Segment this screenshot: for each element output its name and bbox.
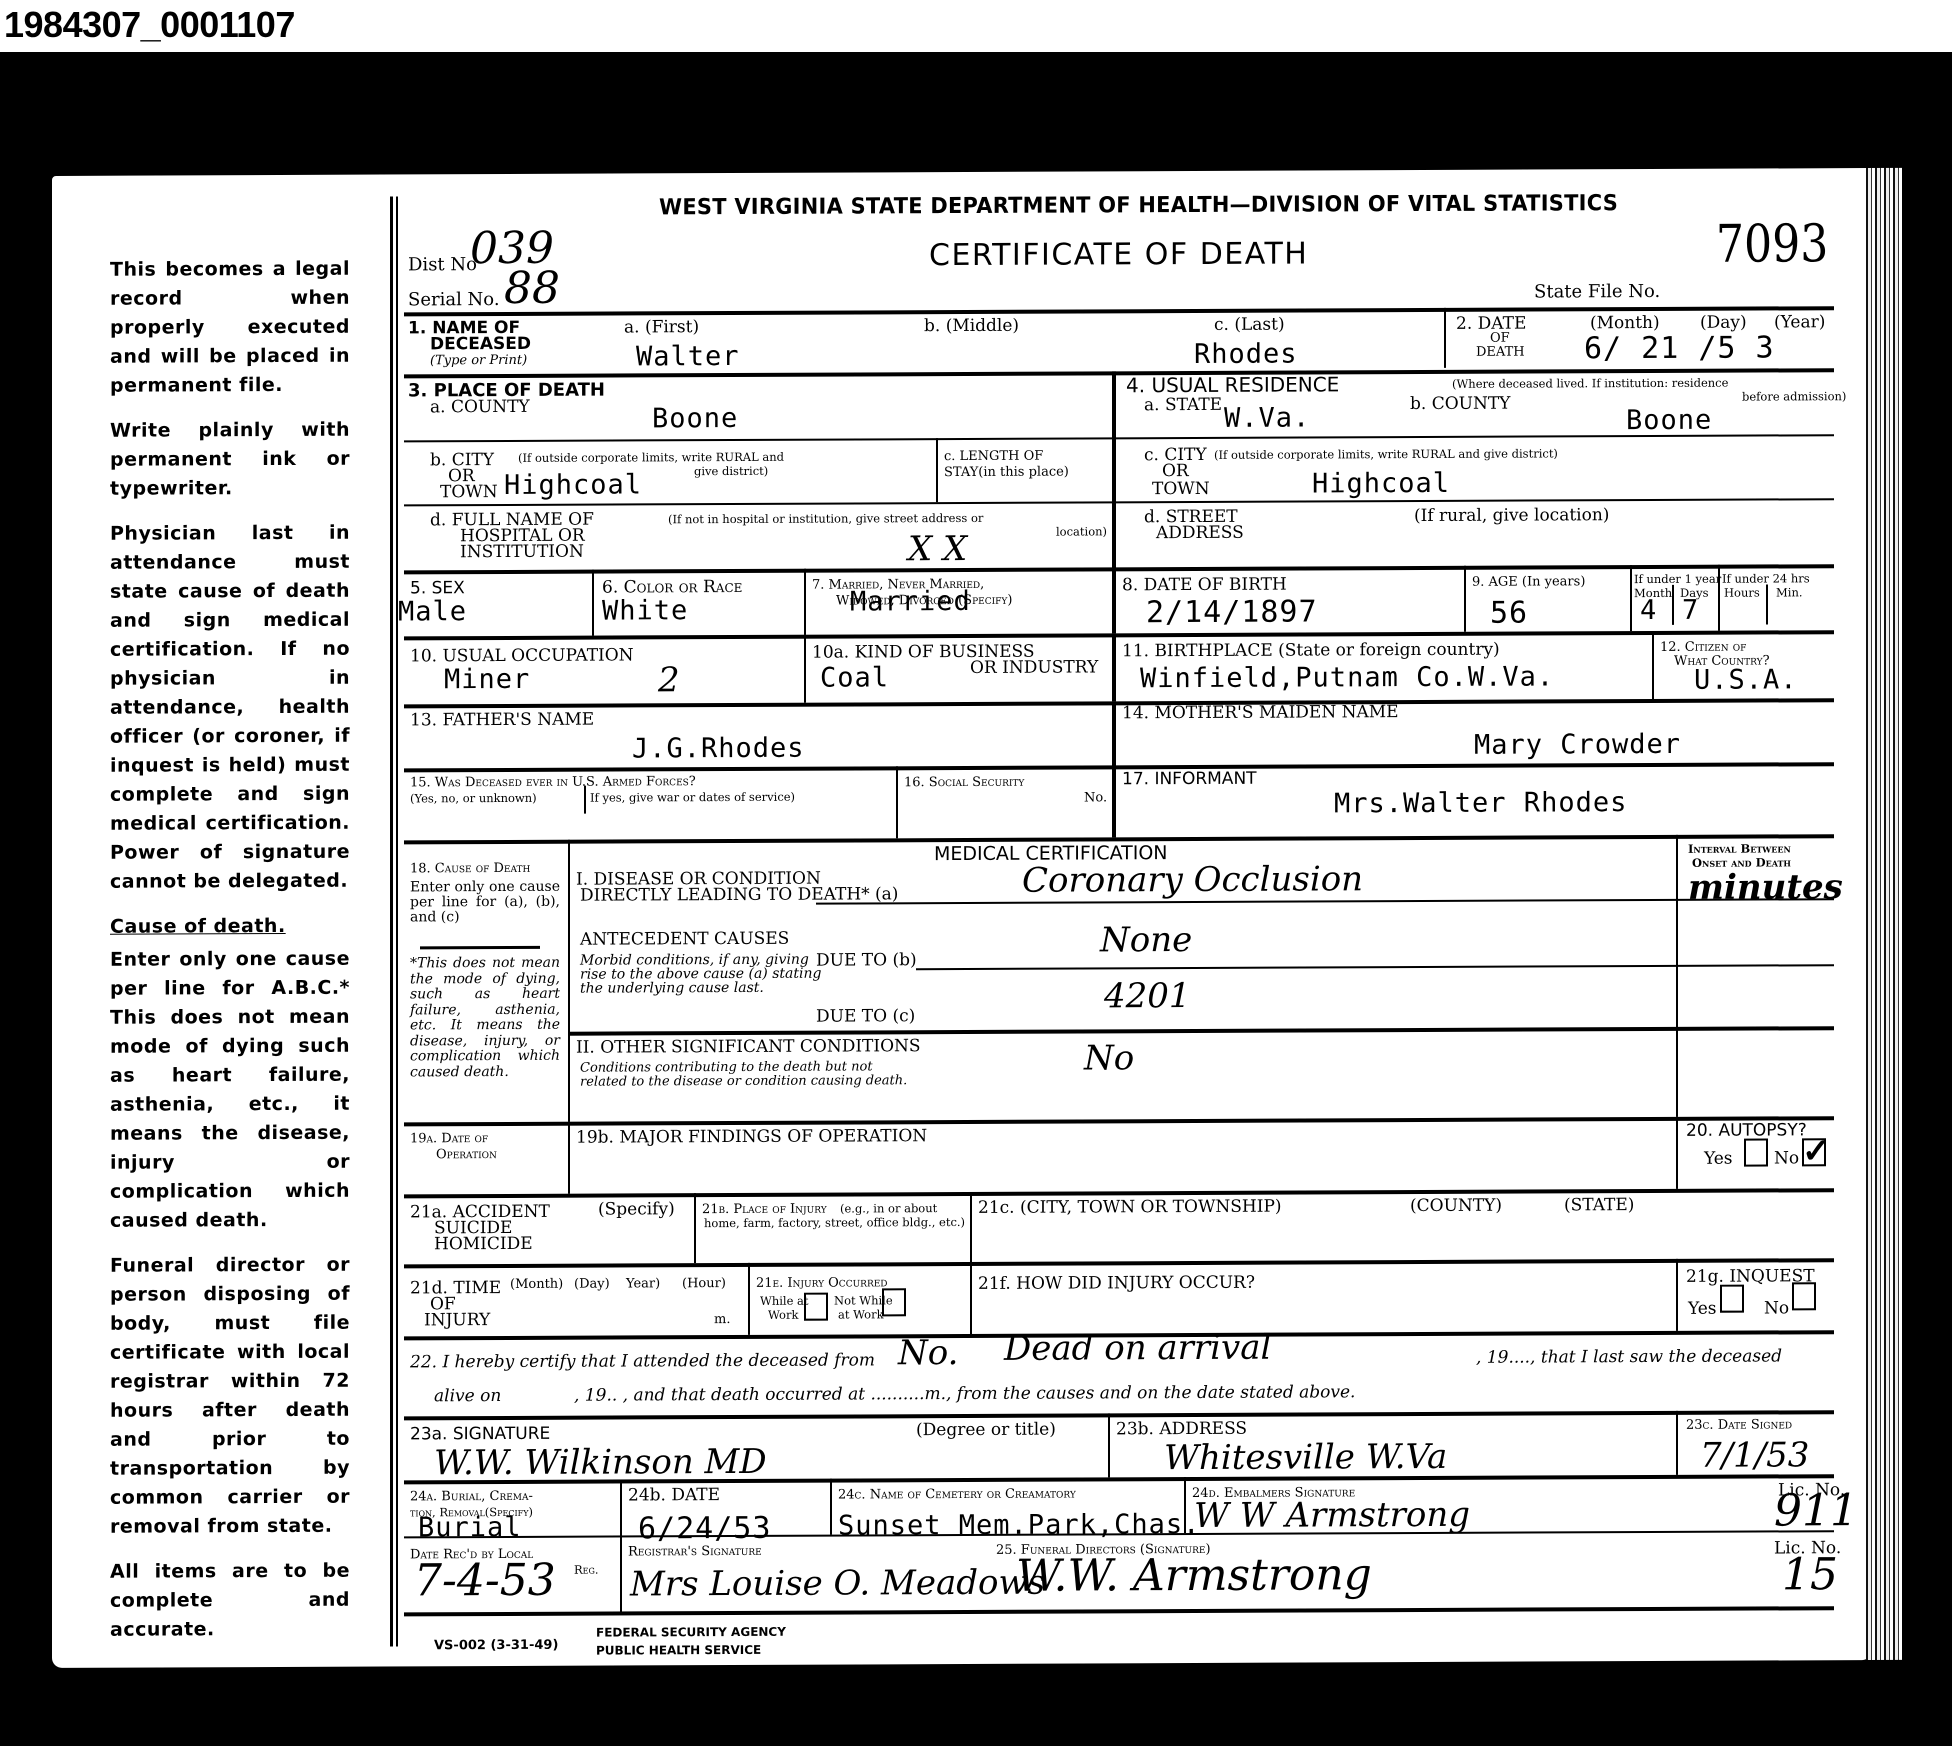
- check-icon: ✓: [1802, 1134, 1831, 1168]
- date-received-label-2: Reg.: [574, 1564, 599, 1576]
- death-year-label: (Year): [1774, 314, 1825, 331]
- death-certificate: This becomes a legal record when properl…: [52, 168, 1872, 1668]
- marital-value: Married: [850, 588, 971, 617]
- death-county-label: a. COUNTY: [430, 399, 530, 416]
- under-24-label: If under 24 hrs: [1722, 572, 1810, 584]
- injury-place-note-1: (e.g., in or about: [840, 1202, 937, 1214]
- operation-findings-label: 19b. MAJOR FINDINGS OF OPERATION: [576, 1128, 927, 1147]
- other-conditions-value: No: [1084, 1041, 1134, 1075]
- accident-label-3: HOMICIDE: [434, 1236, 533, 1253]
- certificate-form: WEST VIRGINIA STATE DEPARTMENT OF HEALTH…: [404, 188, 1834, 1634]
- item2-label-3: DEATH: [1476, 346, 1525, 360]
- certify-text-3: alive on: [434, 1388, 501, 1405]
- part2-text-2: related to the disease or condition caus…: [580, 1074, 907, 1089]
- document-id: 1984307_0001107: [4, 4, 295, 46]
- registrar-signature-label: Registrar's Signature: [628, 1545, 762, 1560]
- embalmer-lic-value: 911: [1774, 1494, 1858, 1528]
- res-city-value: Highcoal: [1312, 470, 1450, 499]
- serial-no-value: 88: [504, 272, 560, 306]
- embalmer-signature: W W Armstrong: [1194, 1498, 1470, 1533]
- while-work-checkbox[interactable]: [804, 1293, 828, 1321]
- cause-c-value: 4201: [1104, 979, 1191, 1013]
- certify-text-2: , 19...., that I last saw the deceased: [1476, 1348, 1782, 1366]
- degree-label: (Degree or title): [916, 1422, 1056, 1440]
- cause-b-value: None: [1100, 923, 1192, 957]
- interval-label-1: Interval Between: [1688, 842, 1791, 854]
- birthplace-label: 11. BIRTHPLACE (State or foreign country…: [1122, 642, 1500, 661]
- father-label: 13. FATHER'S NAME: [410, 712, 594, 730]
- dist-no-label: Dist No: [408, 256, 477, 273]
- death-day-label: (Day): [1700, 315, 1747, 332]
- footer-agency-2: PUBLIC HEALTH SERVICE: [596, 1643, 761, 1658]
- scan-header-bar: 1984307_0001107: [0, 0, 1952, 52]
- certify-text-1: 22. I hereby certify that I attended the…: [410, 1352, 875, 1371]
- hospital-label-3: INSTITUTION: [460, 544, 584, 562]
- age-min-label: Min.: [1776, 586, 1803, 598]
- age-days-value: 7: [1682, 597, 1699, 625]
- physician-address: Whitesville W.Va: [1164, 1440, 1447, 1475]
- injury-place-note-2: home, farm, factory, street, office bldg…: [704, 1216, 965, 1229]
- injury-city-label: 21c. (CITY, TOWN OR TOWNSHIP): [978, 1199, 1282, 1217]
- death-city-note-1: (If outside corporate limits, write RURA…: [518, 451, 784, 464]
- injury-time-label-3: INJURY: [424, 1312, 490, 1329]
- signature-label: 23a. SIGNATURE: [410, 1426, 550, 1444]
- death-county-value: Boone: [652, 405, 738, 433]
- death-city-label-3: TOWN: [440, 484, 498, 501]
- burial-date-value: 6/24/53: [638, 1515, 771, 1544]
- certificate-title: CERTIFICATE OF DEATH: [929, 236, 1308, 273]
- race-value: White: [602, 597, 688, 625]
- res-county-value: Boone: [1626, 407, 1712, 435]
- accident-specify-label: (Specify): [598, 1201, 675, 1218]
- autopsy-yes-checkbox[interactable]: [1744, 1138, 1768, 1166]
- operation-date-label-2: Operation: [436, 1148, 497, 1162]
- date-of-death-value: 6/ 21 /5 3: [1584, 334, 1775, 363]
- occupation-value: Miner: [444, 666, 530, 694]
- cause-a-value: Coronary Occlusion: [1022, 862, 1363, 897]
- street-label-2: ADDRESS: [1156, 525, 1244, 542]
- due-c-label: DUE TO (c): [816, 1008, 915, 1025]
- hospital-value: X X: [908, 532, 967, 566]
- injury-month-label: (Month): [510, 1278, 563, 1292]
- part2-label: II. OTHER SIGNIFICANT CONDITIONS: [576, 1038, 921, 1057]
- injury-m-label: m.: [714, 1313, 730, 1327]
- first-name-value: Walter: [636, 343, 740, 371]
- instruction-funeral-director: Funeral director or person disposing of …: [110, 1251, 350, 1542]
- registrar-signature: Mrs Louise O. Meadows: [630, 1566, 1045, 1602]
- physician-signature: W.W. Wilkinson MD: [434, 1445, 767, 1480]
- father-value: J.G.Rhodes: [632, 735, 805, 764]
- age-label: 9. AGE (In years): [1472, 575, 1585, 589]
- res-state-label: a. STATE: [1144, 397, 1222, 414]
- age-hours-label: Hours: [1724, 587, 1760, 599]
- armed-forces-note-2: If yes, give war or dates of service): [590, 791, 795, 804]
- item4-note-1: (Where deceased lived. If institution: r…: [1452, 377, 1728, 390]
- injury-county-label: (COUNTY): [1410, 1198, 1502, 1215]
- sex-label: 5. SEX: [410, 580, 465, 597]
- instruction-cause-heading: Cause of death.: [110, 912, 350, 942]
- death-city-value: Highcoal: [504, 471, 642, 500]
- funeral-lic-value: 15: [1782, 1558, 1838, 1592]
- informant-label: 17. INFORMANT: [1122, 771, 1257, 789]
- sex-value: Male: [398, 598, 467, 626]
- how-injury-label: 21f. HOW DID INJURY OCCUR?: [978, 1275, 1255, 1293]
- state-file-label: State File No.: [1534, 283, 1660, 301]
- ssn-label-2: No.: [1084, 791, 1107, 805]
- date-signed-value: 7/1/53: [1700, 1438, 1809, 1472]
- paper-stack-edge: [1866, 168, 1902, 1660]
- dob-value: 2/14/1897: [1146, 598, 1318, 627]
- occupation-mark: 2: [658, 663, 680, 697]
- res-city-label-3: TOWN: [1152, 481, 1210, 498]
- injury-year-label: Year): [626, 1277, 660, 1291]
- birthplace-value: Winfield,Putnam Co.W.Va.: [1140, 663, 1554, 693]
- instruction-physician: Physician last in attendance must state …: [110, 519, 350, 897]
- inquest-no-label: No: [1764, 1300, 1789, 1317]
- item1-label-2: DECEASED: [430, 336, 531, 353]
- instruction-cause-of-death: Enter only one cause per line for A.B.C.…: [110, 945, 350, 1236]
- item4-note-2: before admission): [1742, 390, 1846, 402]
- attended-to-value: Dead on arrival: [1004, 1331, 1271, 1366]
- agency-heading: WEST VIRGINIA STATE DEPARTMENT OF HEALTH…: [659, 191, 1618, 220]
- dob-label: 8. DATE OF BIRTH: [1122, 577, 1287, 595]
- instruction-write-plainly: Write plainly with permanent ink or type…: [110, 416, 350, 504]
- disposition-label-1: 24a. Burial, Crema-: [410, 1490, 533, 1505]
- length-of-stay-label-2: STAY(in this place): [944, 466, 1069, 481]
- autopsy-yes-label: Yes: [1704, 1151, 1733, 1168]
- antecedent-label: ANTECEDENT CAUSES: [580, 931, 789, 949]
- burial-date-label: 24b. DATE: [628, 1487, 720, 1504]
- item2-label-2: OF: [1490, 332, 1510, 346]
- street-note: (If rural, give location): [1414, 507, 1609, 525]
- inquest-yes-checkbox[interactable]: [1720, 1285, 1744, 1313]
- armed-forces-label: 15. Was Deceased ever in U.S. Armed Forc…: [410, 775, 696, 790]
- column-divider: [390, 196, 398, 1646]
- date-received-value: 7-4-53: [414, 1564, 556, 1599]
- state-file-number: 7093: [1716, 214, 1828, 274]
- not-while-work-checkbox[interactable]: [882, 1288, 906, 1316]
- res-county-label: b. COUNTY: [1410, 396, 1510, 413]
- length-of-stay-label-1: c. LENGTH OF: [944, 450, 1043, 464]
- injury-occurred-label: 21e. Injury Occurred: [756, 1276, 888, 1291]
- cause-side-text-1: Enter only one cause per line for (a), (…: [410, 880, 560, 926]
- business-value: Coal: [820, 664, 889, 692]
- item4-label: 4. USUAL RESIDENCE: [1126, 376, 1339, 394]
- operation-date-label-1: 19a. Date of: [410, 1132, 488, 1146]
- while-work-label-2: Work: [768, 1309, 798, 1321]
- autopsy-label: 20. AUTOPSY?: [1686, 1122, 1807, 1140]
- instruction-legal-record: This becomes a legal record when properl…: [110, 255, 350, 401]
- injury-state-label: (STATE): [1564, 1197, 1634, 1214]
- occupation-label: 10. USUAL OCCUPATION: [410, 647, 634, 665]
- inquest-no-checkbox[interactable]: [1792, 1282, 1816, 1310]
- ssn-label-1: 16. Social Security: [904, 776, 1024, 791]
- first-name-label: a. (First): [624, 319, 699, 336]
- serial-no-label: Serial No.: [408, 291, 500, 308]
- cause-side-text-2: *This does not mean the mode of dying, s…: [410, 956, 560, 1081]
- interval-value: minutes: [1688, 870, 1843, 905]
- instructions-column: This becomes a legal record when properl…: [110, 255, 350, 1661]
- date-signed-label: 23c. Date Signed: [1686, 1418, 1792, 1432]
- business-label-2: OR INDUSTRY: [970, 659, 1098, 677]
- not-while-work-label-2: at Work: [838, 1308, 884, 1320]
- age-months-value: 4: [1640, 597, 1657, 625]
- res-state-value: W.Va.: [1224, 404, 1310, 432]
- due-b-label: DUE TO (b): [816, 952, 917, 969]
- address-label: 23b. ADDRESS: [1116, 1421, 1247, 1439]
- mother-value: Mary Crowder: [1474, 731, 1681, 760]
- armed-forces-note-1: (Yes, no, or unknown): [410, 792, 537, 805]
- last-name-value: Rhodes: [1194, 341, 1298, 369]
- mother-label: 14. MOTHER'S MAIDEN NAME: [1122, 704, 1399, 722]
- instruction-complete: All items are to be complete and accurat…: [110, 1557, 350, 1645]
- middle-name-label: b. (Middle): [924, 318, 1019, 335]
- under-year-label: If under 1 year: [1634, 573, 1721, 585]
- certify-text-4: , 19.. , and that death occurred at ....…: [574, 1384, 1355, 1404]
- hospital-note-1: (If not in hospital or institution, give…: [668, 512, 983, 525]
- item1-label-3: (Type or Print): [430, 354, 527, 368]
- race-label: 6. Color or Race: [602, 579, 742, 597]
- cemetery-label: 24c. Name of Cemetery or Creamatory: [838, 1488, 1076, 1503]
- inquest-yes-label: Yes: [1688, 1301, 1717, 1318]
- death-city-note-2: give district): [694, 465, 768, 477]
- attended-from-value: No.: [898, 1336, 958, 1370]
- age-years-value: 56: [1490, 600, 1528, 628]
- death-month-label: (Month): [1590, 315, 1660, 332]
- hospital-note-2: location): [1056, 525, 1107, 537]
- form-number: VS-002 (3-31-49): [434, 1638, 558, 1654]
- informant-value: Mrs.Walter Rhodes: [1334, 789, 1627, 818]
- antecedent-text: Morbid conditions, if any, giving rise t…: [580, 953, 830, 996]
- citizen-value: U.S.A.: [1694, 666, 1798, 694]
- last-name-label: c. (Last): [1214, 317, 1285, 334]
- footer-agency-1: FEDERAL SECURITY AGENCY: [596, 1625, 786, 1640]
- injury-hour-label: (Hour): [682, 1277, 726, 1291]
- dist-no-value: 039: [470, 232, 554, 266]
- while-work-label-1: While at: [760, 1295, 809, 1307]
- autopsy-no-label: No: [1774, 1150, 1799, 1167]
- res-city-label-2: OR: [1162, 463, 1189, 480]
- autopsy-no-checkbox[interactable]: ✓: [1802, 1138, 1826, 1166]
- injury-day-label: (Day): [574, 1278, 610, 1292]
- res-city-note: (If outside corporate limits, write RURA…: [1214, 447, 1558, 461]
- funeral-director-signature: W.W. Armstrong: [1016, 1558, 1372, 1594]
- cause-side-label: 18. Cause of Death: [410, 862, 530, 877]
